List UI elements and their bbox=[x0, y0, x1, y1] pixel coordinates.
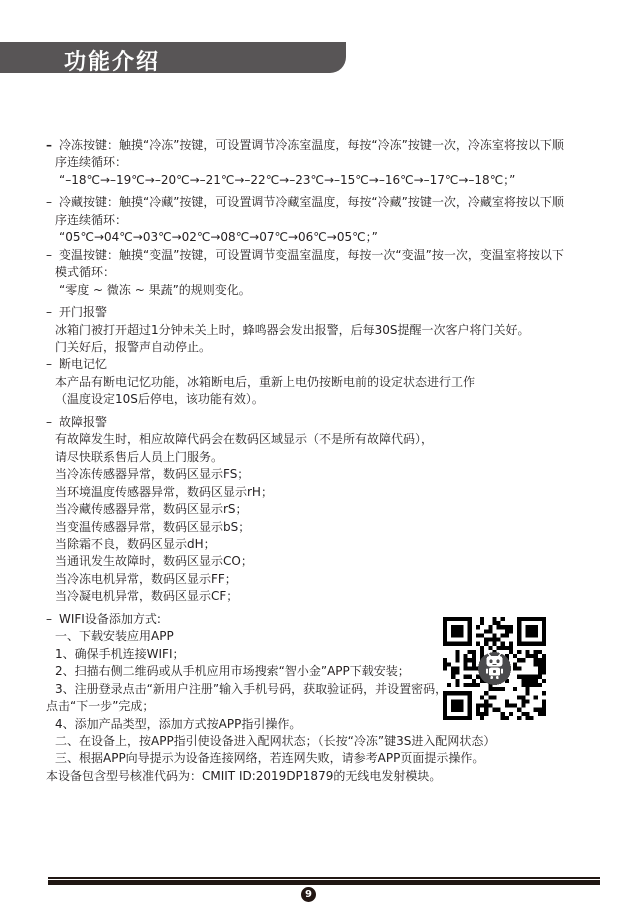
text-line-content: 三、根据APP向导提示为设备连接网络，若连网失败，请参考APP页面提示操作。 bbox=[55, 751, 484, 765]
text-line-content: 变温按键：触摸“变温”按键，可设置调节变温室温度，每按一次“变温”按一次，变温室… bbox=[59, 248, 564, 262]
text-line-content: 冷藏按键：触摸“冷藏”按键，可设置调节冷藏室温度，每按“冷藏”按键一次，冷藏室将… bbox=[59, 195, 564, 209]
text-line-content: 模式循环： bbox=[55, 265, 115, 279]
text-line: 请尽快联系售后人员上门服务。 bbox=[46, 449, 612, 466]
text-line-content: “零度 ~ 微冻 ~ 果蔬”的规则变化。 bbox=[59, 283, 251, 297]
text-line: 当环境温度传感器异常，数码区显示rH； bbox=[46, 484, 612, 501]
text-line-content: 当除霜不良，数码区显示dH； bbox=[55, 537, 216, 551]
text-line-content: 门关好后，报警声自动停止。 bbox=[55, 340, 211, 354]
bullet-dash: – bbox=[46, 356, 59, 373]
bullet-dash: – bbox=[46, 611, 59, 628]
text-line: “–18℃→–19℃→–20℃→–21℃→–22℃→–23℃→–15℃→–16℃… bbox=[46, 172, 612, 189]
section-header-bar: 功能介绍 bbox=[0, 42, 346, 73]
text-line: 当冷藏传感器异常，数码区显示rS； bbox=[46, 501, 612, 518]
text-line-content: 一、下载安装应用APP bbox=[55, 629, 174, 643]
text-line-content: 当冷冻传感器异常，数码区显示FS； bbox=[55, 467, 249, 481]
text-line: “零度 ~ 微冻 ~ 果蔬”的规则变化。 bbox=[46, 282, 612, 299]
text-line: –冷藏按键：触摸“冷藏”按键，可设置调节冷藏室温度，每按“冷藏”按键一次，冷藏室… bbox=[46, 194, 612, 211]
robot-logo-icon bbox=[478, 652, 511, 685]
text-line-content: 当变温传感器异常，数码区显示bS； bbox=[55, 520, 250, 534]
text-line-content: “05℃→04℃→03℃→02℃→08℃→07℃→06℃→05℃；” bbox=[59, 230, 378, 244]
text-line-content: （温度设定10S后停电，该功能有效）。 bbox=[55, 392, 264, 406]
manual-page: 功能介绍 –冷冻按键：触摸“冷冻”按键，可设置调节冷冻室温度，每按“冷冻”按键一… bbox=[0, 0, 618, 919]
text-line: –变温按键：触摸“变温”按键，可设置调节变温室温度，每按一次“变温”按一次，变温… bbox=[46, 247, 612, 264]
text-line-content: 故障报警 bbox=[59, 415, 107, 429]
text-line-content: 当冷冻电机异常，数码区显示FF； bbox=[55, 572, 237, 586]
text-line: 本产品有断电记忆功能，冰箱断电后，重新上电仍按断电前的设定状态进行工作 bbox=[46, 374, 612, 391]
text-line-content: 4、添加产品类型，添加方式按APP指引操作。 bbox=[55, 717, 301, 731]
text-line: 门关好后，报警声自动停止。 bbox=[46, 339, 612, 356]
text-line-content: 当环境温度传感器异常，数码区显示rH； bbox=[55, 485, 273, 499]
text-line: –断电记忆 bbox=[46, 356, 612, 373]
text-line: 当除霜不良，数码区显示dH； bbox=[46, 536, 612, 553]
text-line-content: 当通讯发生故障时，数码区显示CO； bbox=[55, 554, 253, 568]
text-line: –故障报警 bbox=[46, 414, 612, 431]
text-line: （温度设定10S后停电，该功能有效）。 bbox=[46, 391, 612, 408]
page-number: 9 bbox=[301, 887, 316, 902]
text-line: 序连续循环： bbox=[46, 212, 612, 229]
text-line-content: 断电记忆 bbox=[59, 357, 107, 371]
text-line-content: 有故障发生时，相应故障代码会在数码区域显示（不是所有故障代码）， bbox=[55, 432, 433, 446]
footer-rule-thin-line bbox=[48, 877, 600, 879]
text-line-content: 点击“下一步”完成； bbox=[46, 699, 154, 713]
footer-rule-thick-line bbox=[48, 880, 600, 885]
text-line: 模式循环： bbox=[46, 264, 612, 281]
text-line: –冷冻按键：触摸“冷冻”按键，可设置调节冷冻室温度，每按“冷冻”按键一次，冷冻室… bbox=[46, 137, 612, 154]
text-line-content: 3、注册登录点击“新用户注册”输入手机号码，获取验证码，并设置密码， bbox=[55, 682, 447, 696]
text-line: 有故障发生时，相应故障代码会在数码区域显示（不是所有故障代码）， bbox=[46, 431, 612, 448]
text-line: 当冷凝电机异常，数码区显示CF； bbox=[46, 588, 612, 605]
text-line-content: “–18℃→–19℃→–20℃→–21℃→–22℃→–23℃→–15℃→–16℃… bbox=[59, 173, 515, 187]
text-line-content: 本产品有断电记忆功能，冰箱断电后，重新上电仍按断电前的设定状态进行工作 bbox=[55, 375, 475, 389]
text-line-content: 请尽快联系售后人员上门服务。 bbox=[55, 450, 223, 464]
text-line: 三、根据APP向导提示为设备连接网络，若连网失败，请参考APP页面提示操作。 bbox=[46, 750, 612, 767]
text-line: “05℃→04℃→03℃→02℃→08℃→07℃→06℃→05℃；” bbox=[46, 229, 612, 246]
text-line-content: 二、在设备上，按APP指引使设备进入配网状态；（长按“冷冻”键3S进入配网状态） bbox=[55, 734, 495, 748]
bullet-dash: – bbox=[46, 304, 59, 321]
text-line: –开门报警 bbox=[46, 304, 612, 321]
text-line-content: 当冷藏传感器异常，数码区显示rS； bbox=[55, 502, 248, 516]
text-line-content: 冰箱门被打开超过1分钟未关上时，蜂鸣器会发出报警，后每30S提醒一次客户将门关好… bbox=[55, 323, 530, 337]
text-line-content: 1、确保手机连接WIFI； bbox=[55, 647, 184, 661]
bullet-dash: – bbox=[46, 137, 59, 154]
text-line: 当变温传感器异常，数码区显示bS； bbox=[46, 519, 612, 536]
text-line: 当冷冻传感器异常，数码区显示FS； bbox=[46, 466, 612, 483]
text-line: 当通讯发生故障时，数码区显示CO； bbox=[46, 553, 612, 570]
bullet-dash: – bbox=[46, 247, 59, 264]
text-line-content: 本设备包含型号核准代码为：CMIIT ID:2019DP1879的无线电发射模块… bbox=[46, 769, 441, 783]
text-line-content: 冷冻按键：触摸“冷冻”按键，可设置调节冷冻室温度，每按“冷冻”按键一次，冷冻室将… bbox=[59, 138, 564, 152]
text-line-content: WIFI设备添加方式: bbox=[59, 612, 161, 626]
text-line: 冰箱门被打开超过1分钟未关上时，蜂鸣器会发出报警，后每30S提醒一次客户将门关好… bbox=[46, 322, 612, 339]
text-line: 当冷冻电机异常，数码区显示FF； bbox=[46, 571, 612, 588]
text-line: 序连续循环： bbox=[46, 154, 612, 171]
page-title: 功能介绍 bbox=[64, 45, 160, 76]
text-line-content: 开门报警 bbox=[59, 305, 107, 319]
text-line-content: 当冷凝电机异常，数码区显示CF； bbox=[55, 589, 238, 603]
bullet-dash: – bbox=[46, 414, 59, 431]
footer-rule bbox=[48, 877, 600, 885]
bullet-dash: – bbox=[46, 194, 59, 211]
qr-code-icon bbox=[443, 617, 546, 720]
text-line-content: 序连续循环： bbox=[55, 155, 127, 169]
text-line-content: 序连续循环： bbox=[55, 213, 127, 227]
text-line: 二、在设备上，按APP指引使设备进入配网状态；（长按“冷冻”键3S进入配网状态） bbox=[46, 733, 612, 750]
text-line-content: 2、扫描右侧二维码或从手机应用市场搜索“智小金”APP下载安装； bbox=[55, 664, 410, 678]
text-line: 本设备包含型号核准代码为：CMIIT ID:2019DP1879的无线电发射模块… bbox=[46, 768, 612, 785]
